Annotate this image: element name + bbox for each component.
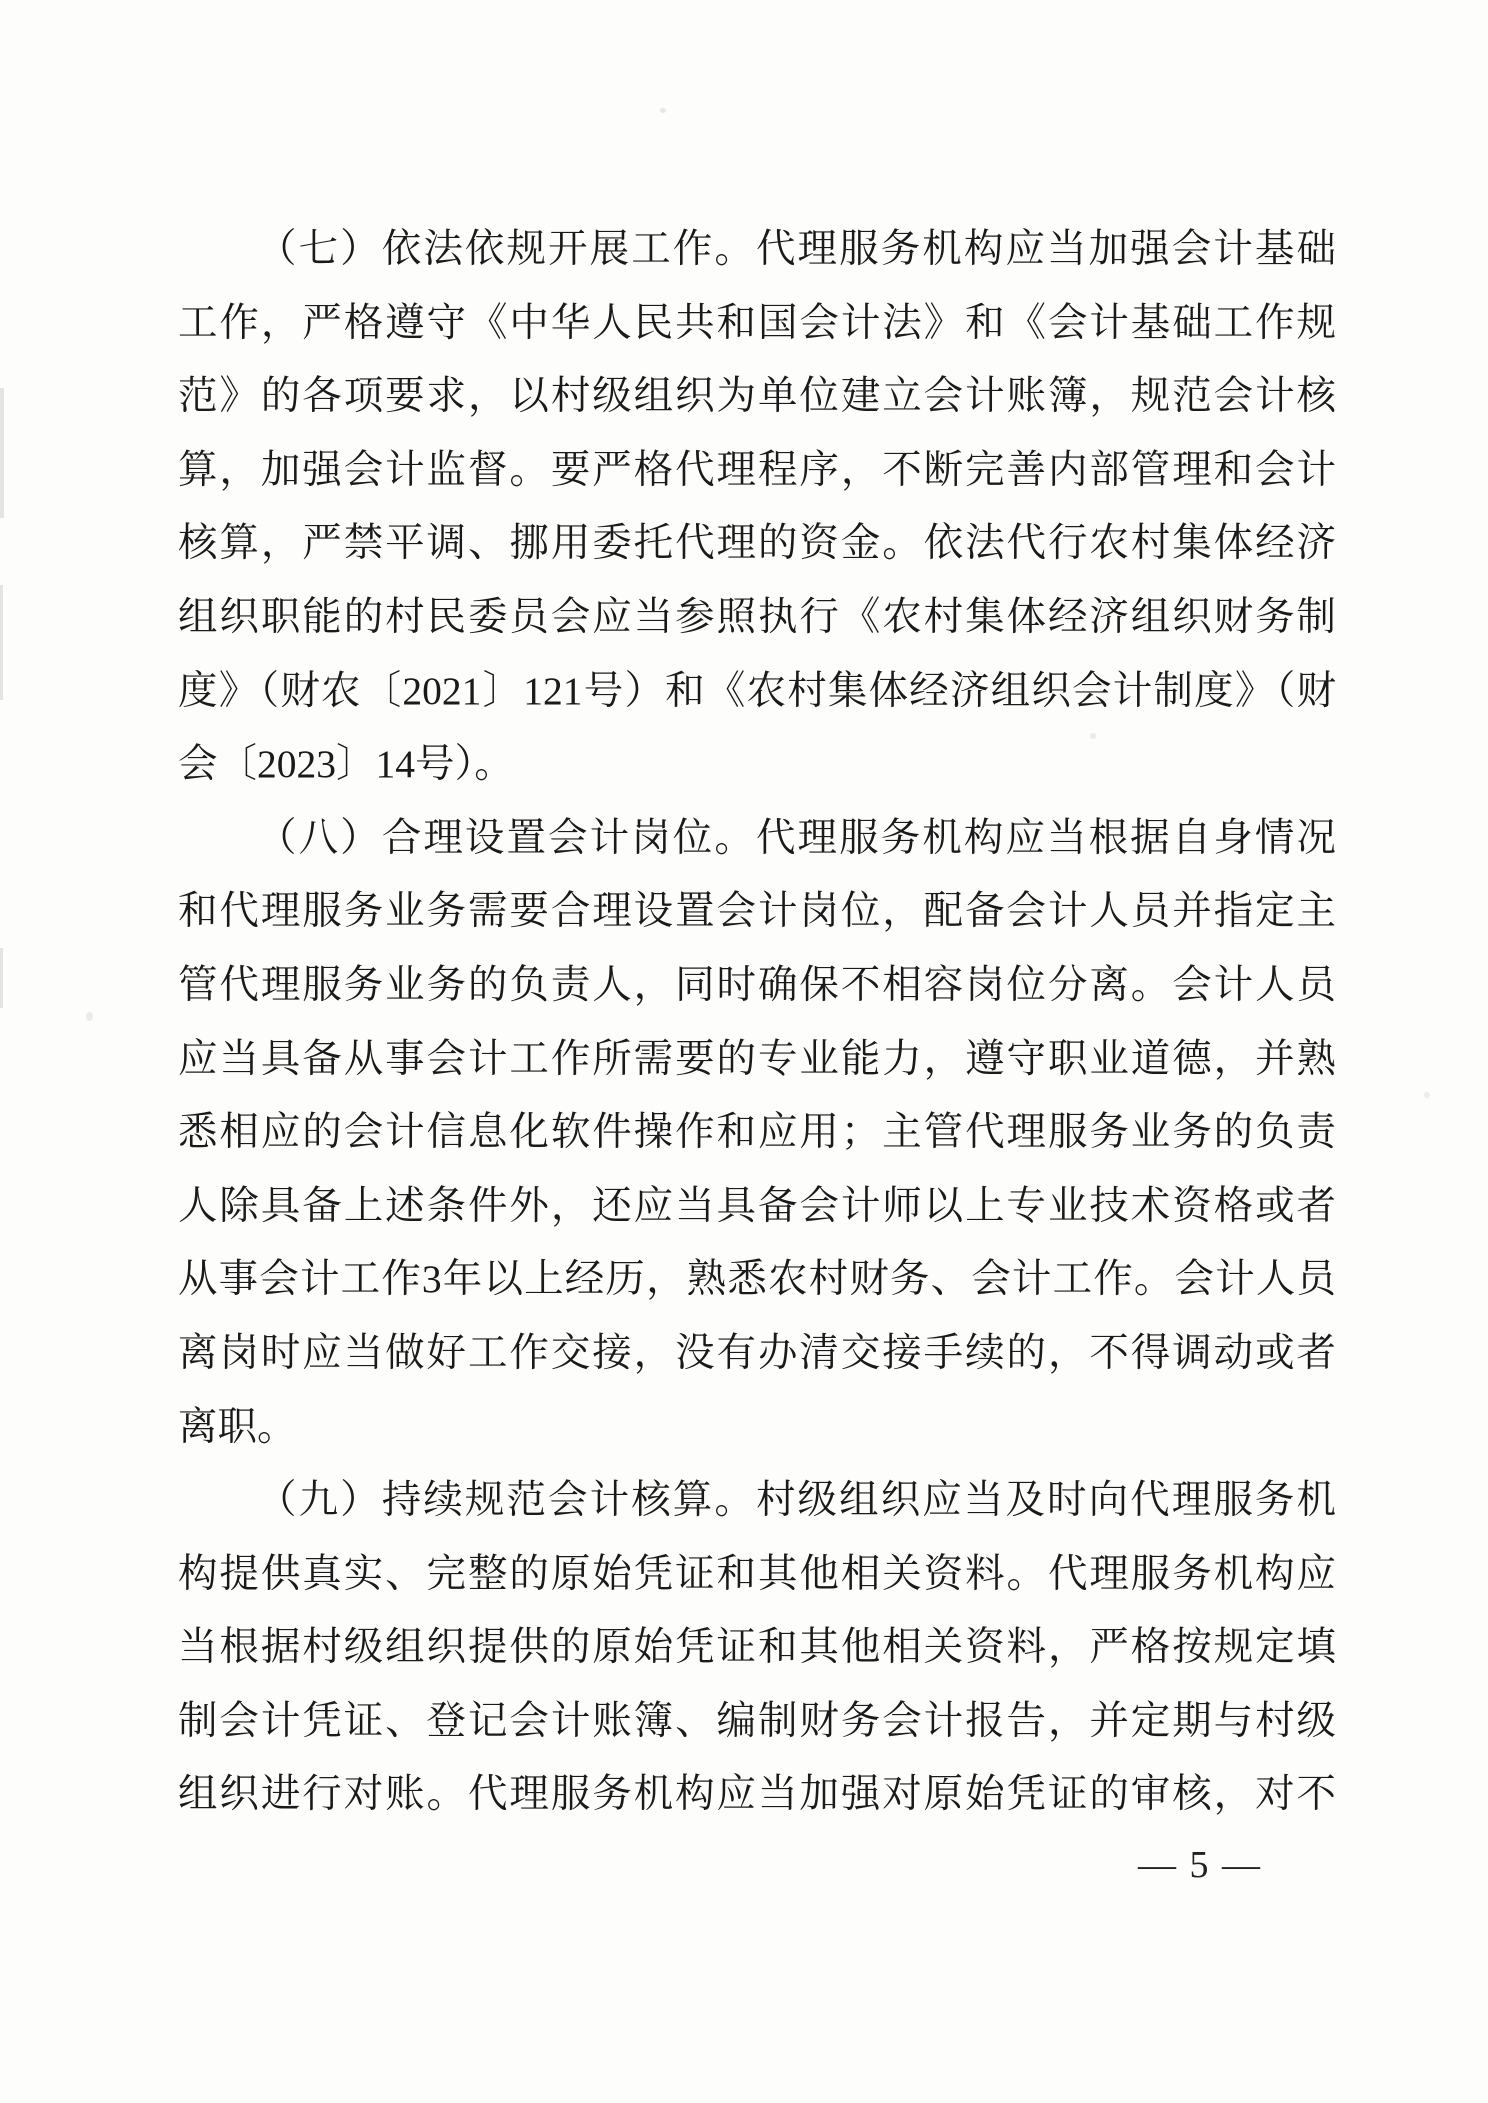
- text-line: 度》（财农〔2021〕121号）和《农村集体经济组织会计制度》（财: [178, 655, 1336, 729]
- scan-artifact: [86, 1012, 93, 1021]
- scan-edge-artifact: [0, 948, 3, 1008]
- scanned-document-page: （七）依法依规开展工作。代理服务机构应当加强会计基础工作，严格遵守《中华人民共和…: [0, 0, 1488, 2103]
- text-line: 应当具备从事会计工作所需要的专业能力，遵守职业道德，并熟: [178, 1023, 1336, 1097]
- text-line: 从事会计工作3年以上经历，熟悉农村财务、会计工作。会计人员: [178, 1243, 1336, 1317]
- text-line: 离岗时应当做好工作交接，没有办清交接手续的，不得调动或者: [178, 1317, 1336, 1391]
- text-line: （七）依法依规开展工作。代理服务机构应当加强会计基础: [178, 213, 1336, 287]
- text-line: 和代理服务业务需要合理设置会计岗位，配备会计人员并指定主: [178, 875, 1336, 949]
- text-line: 离职。: [178, 1391, 1336, 1465]
- text-line: 管代理服务业务的负责人，同时确保不相容岗位分离。会计人员: [178, 949, 1336, 1023]
- scan-artifact: [1424, 1092, 1430, 1098]
- scan-edge-artifact: [0, 388, 4, 518]
- text-line: 会〔2023〕14号）。: [178, 728, 1336, 802]
- text-line: 悉相应的会计信息化软件操作和应用；主管代理服务业务的负责: [178, 1096, 1336, 1170]
- scan-artifact: [660, 108, 666, 113]
- text-line: 组织进行对账。代理服务机构应当加强对原始凭证的审核，对不: [178, 1758, 1336, 1832]
- text-line: 构提供真实、完整的原始凭证和其他相关资料。代理服务机构应: [178, 1538, 1336, 1612]
- text-line: （九）持续规范会计核算。村级组织应当及时向代理服务机: [178, 1464, 1336, 1538]
- scan-edge-artifact: [0, 585, 3, 700]
- text-line: 制会计凭证、登记会计账簿、编制财务会计报告，并定期与村级: [178, 1685, 1336, 1759]
- text-line: 范》的各项要求，以村级组织为单位建立会计账簿，规范会计核: [178, 360, 1336, 434]
- document-lines: （七）依法依规开展工作。代理服务机构应当加强会计基础工作，严格遵守《中华人民共和…: [178, 213, 1336, 1832]
- text-line: 组织职能的村民委员会应当参照执行《农村集体经济组织财务制: [178, 581, 1336, 655]
- text-line: 当根据村级组织提供的原始凭证和其他相关资料，严格按规定填: [178, 1611, 1336, 1685]
- text-line: 算，加强会计监督。要严格代理程序，不断完善内部管理和会计: [178, 434, 1336, 508]
- text-line: 核算，严禁平调、挪用委托代理的资金。依法代行农村集体经济: [178, 507, 1336, 581]
- text-line: 工作，严格遵守《中华人民共和国会计法》和《会计基础工作规: [178, 287, 1336, 361]
- text-line: （八）合理设置会计岗位。代理服务机构应当根据自身情况: [178, 802, 1336, 876]
- page-number-footer: — 5 —: [1120, 1840, 1280, 1890]
- text-line: 人除具备上述条件外，还应当具备会计师以上专业技术资格或者: [178, 1170, 1336, 1244]
